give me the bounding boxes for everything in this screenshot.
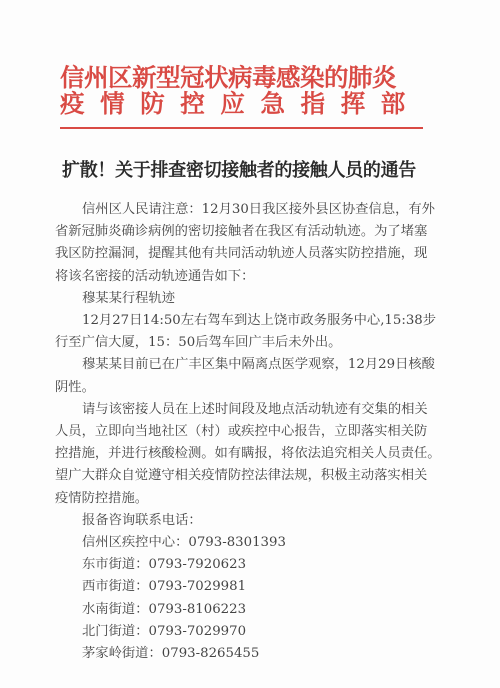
authority-name-line-1: 信州区新型冠状病毒感染的肺炎	[60, 64, 424, 91]
text-line: 穆某某目前已在广丰区集中隔离点医学观察，12月29日核酸	[55, 354, 431, 376]
text-line: 疫情防控措施。	[55, 488, 431, 510]
paragraph-intro: 信州区人民请注意：12月30日我区接外县区协查信息，有外 省新冠肺炎确诊病例的密…	[55, 199, 431, 288]
contacts-heading: 报备咨询联系电话：	[55, 510, 431, 532]
issuing-authority-header: 信州区新型冠状病毒感染的肺炎 疫情防控应急指挥部	[60, 64, 424, 117]
text-line: 控措施，并进行核酸检测。如有瞒报，将依法追究相关人员责任。	[55, 443, 431, 465]
contact-row: 信州区疾控中心：0793-8301393	[55, 532, 431, 554]
contact-phone: 0793-8301393	[188, 535, 286, 550]
red-header-rule	[60, 127, 423, 129]
contact-row: 北门街道：0793-7029970	[55, 621, 431, 643]
text-line: 望广大群众自觉遵守相关疫情防控法律法规，积极主动落实相关	[55, 465, 431, 487]
contact-name: 水南街道	[82, 602, 135, 617]
contact-name: 茅家岭街道	[82, 646, 148, 661]
authority-name-line-2: 疫情防控应急指挥部	[60, 91, 424, 117]
notice-body: 信州区人民请注意：12月30日我区接外县区协查信息，有外 省新冠肺炎确诊病例的密…	[55, 199, 431, 665]
contact-name: 北门街道	[82, 624, 135, 639]
paragraph-instructions: 请与该密接人员在上述时间段及地点活动轨迹有交集的相关 人员，立即向当地社区（村）…	[55, 399, 431, 510]
contact-phone: 0793-8265455	[162, 646, 260, 661]
contact-phone: 0793-7029981	[148, 579, 246, 594]
contact-name: 信州区疾控中心	[82, 535, 175, 550]
paragraph-itinerary: 12月27日14:50左右驾车到达上饶市政务服务中心,15:38步 行至广信大厦…	[55, 310, 431, 354]
contact-row: 西市街道：0793-7029981	[55, 576, 431, 598]
text-line: 12月27日14:50左右驾车到达上饶市政务服务中心,15:38步	[55, 310, 431, 332]
contact-phone: 0793-7920623	[148, 557, 246, 572]
text-line: 请与该密接人员在上述时间段及地点活动轨迹有交集的相关	[55, 399, 431, 421]
contact-phone: 0793-8106223	[148, 602, 246, 617]
text-line: 阴性。	[55, 377, 431, 399]
text-line: 省新冠肺炎确诊病例的密切接触者在我区有活动轨迹。为了堵塞	[55, 221, 431, 243]
paragraph-itinerary-heading: 穆某某行程轨迹	[55, 288, 431, 310]
contact-name: 东市街道	[82, 557, 135, 572]
text-line: 信州区人民请注意：12月30日我区接外县区协查信息，有外	[55, 199, 431, 221]
contact-phone: 0793-7029970	[148, 624, 246, 639]
notice-title: 扩散！关于排查密切接触者的接触人员的通告	[62, 156, 442, 182]
text-line: 行至广信大厦，15：50后驾车回广丰后未外出。	[55, 332, 431, 354]
paragraph-status: 穆某某目前已在广丰区集中隔离点医学观察，12月29日核酸 阴性。	[55, 354, 431, 398]
text-line: 我区防控漏洞，提醒其他有共同活动轨迹人员落实防控措施，现	[55, 243, 431, 265]
contact-name: 西市街道	[82, 579, 135, 594]
contact-row: 茅家岭街道：0793-8265455	[55, 643, 431, 665]
contacts-section: 报备咨询联系电话： 信州区疾控中心：0793-8301393 东市街道：0793…	[55, 510, 431, 665]
contact-row: 水南街道：0793-8106223	[55, 599, 431, 621]
text-line: 穆某某行程轨迹	[55, 288, 431, 310]
contact-row: 东市街道：0793-7920623	[55, 554, 431, 576]
text-line: 将该名密接的活动轨迹通告如下：	[55, 266, 431, 288]
text-line: 人员，立即向当地社区（村）或疾控中心报告，立即落实相关防	[55, 421, 431, 443]
